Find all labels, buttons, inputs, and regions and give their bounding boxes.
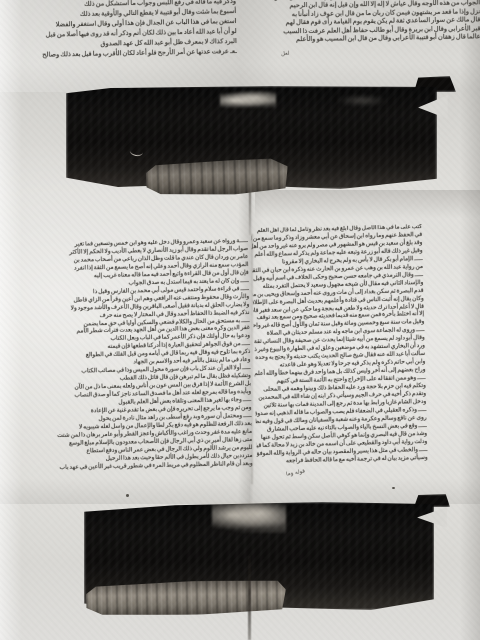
film-scratch-top: [220, 91, 276, 108]
main-right-catchword: قوله وما: [286, 468, 306, 477]
main-left-page-text: ـــــة ورواه عن سعيد وعمرو وقال دخل عليه…: [8, 238, 253, 474]
spine-crease: [251, 234, 253, 484]
ink-speck: [188, 420, 190, 422]
page-fold-shadow: [255, 190, 480, 224]
page-fold-shadow-lower: [0, 478, 480, 504]
manuscript-photo: وذكر فيه ما قاله في رفع اللبس وجواب ما ا…: [0, 0, 480, 640]
left-page-catchmark: [126, 494, 129, 497]
ink-speck: [392, 487, 395, 489]
spine-crease-upper: [249, 187, 251, 235]
top-right-catchword: لعل: [281, 51, 290, 58]
top-left-page-text: وذكر فيه ما قاله في رفع اللبس وجواب ما ا…: [4, 0, 237, 60]
main-right-page-text: كتب على ما في هذا الأصل وقال أبلغ فيه بع…: [251, 224, 428, 467]
film-smudge-top: [336, 95, 388, 106]
spine-crease-lower: [248, 556, 251, 640]
photo-right-edge-shadow: [460, 0, 480, 640]
top-right-page-text: وبما أتى في هذا الباب من حديث أنس وما قي…: [243, 0, 480, 44]
film-scratch-bottom: [212, 503, 286, 533]
